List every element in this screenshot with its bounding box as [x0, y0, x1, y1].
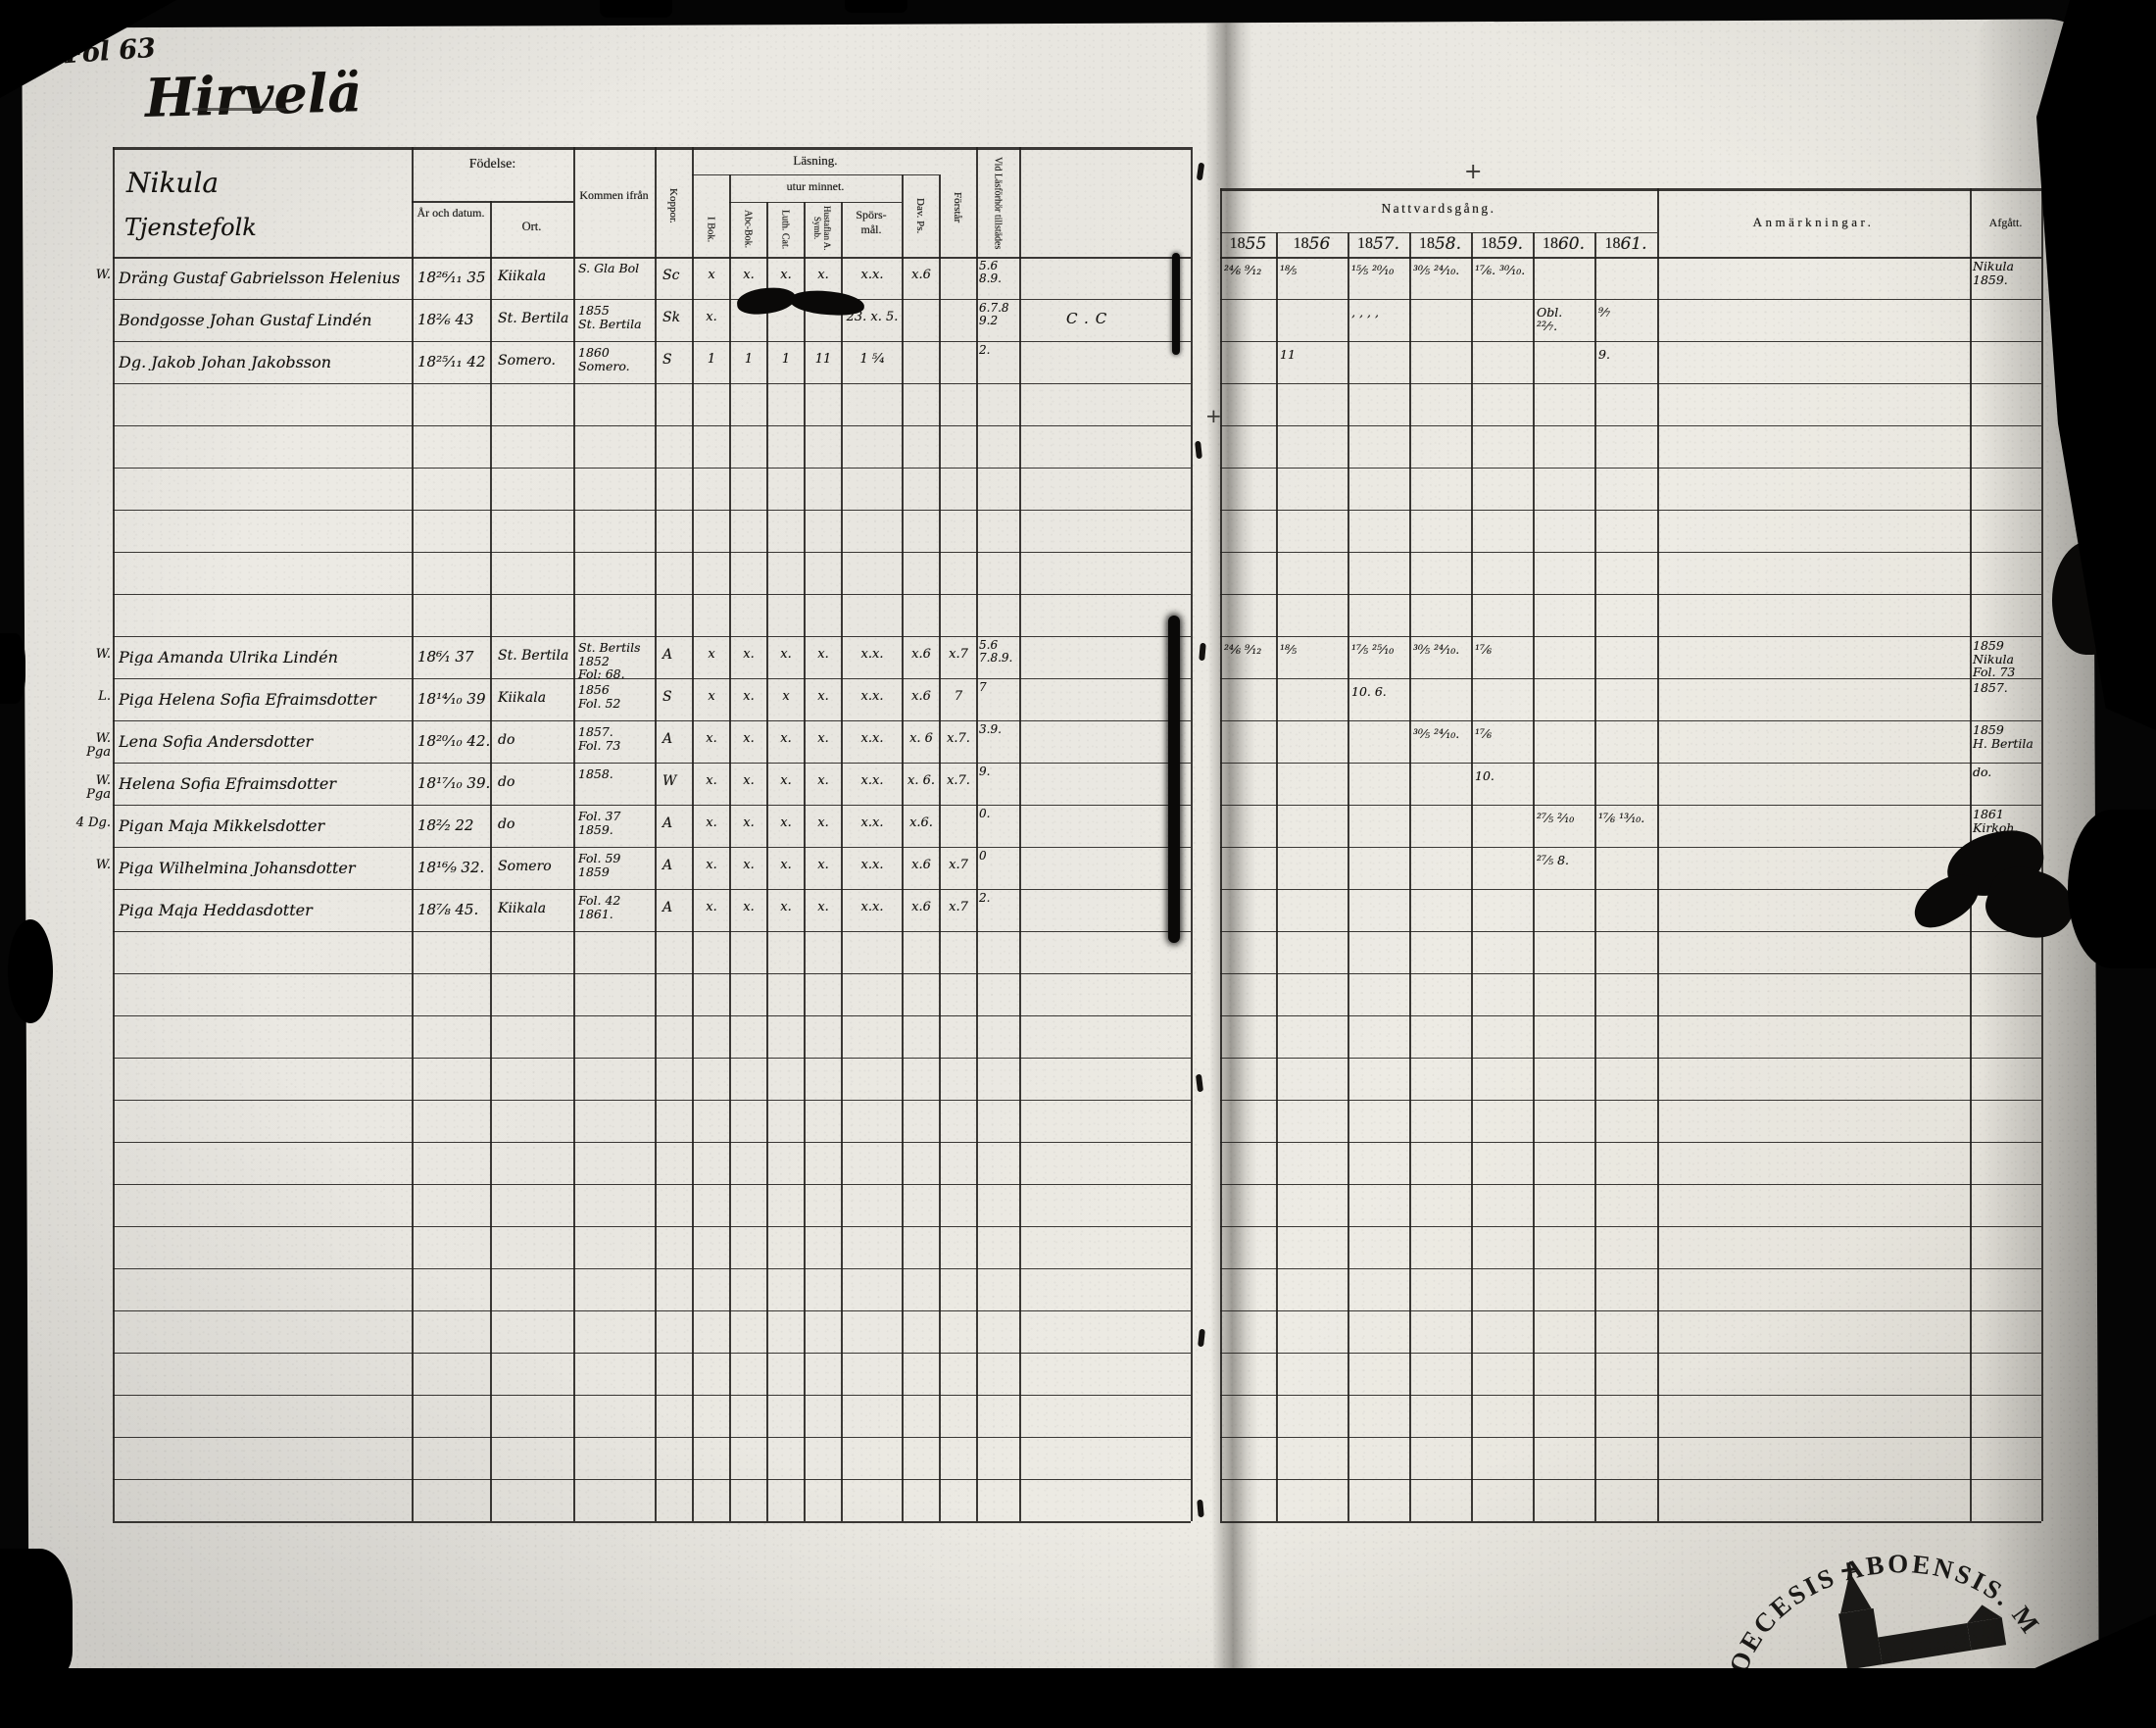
page-title: Hirvelä [144, 64, 363, 126]
table-hline [113, 847, 1191, 848]
hw-cell: W. [73, 859, 111, 872]
hw-cell: x. [696, 311, 727, 324]
hw-cell: 2. [979, 344, 1020, 357]
table-vline [655, 147, 657, 1521]
table-hline [113, 1184, 1191, 1185]
table-hline [113, 1015, 1191, 1016]
photo-edge [845, 0, 907, 13]
hw-cell: do [498, 775, 572, 790]
table-hline [113, 257, 1191, 259]
hw-cell: ¹⁵⁄₅ ²⁰⁄₁₀ [1351, 264, 1407, 277]
hw-cell: Nikula 1859. [1973, 260, 2038, 286]
table-vline [1191, 147, 1193, 1521]
hw-cell: ¹⁷⁄₅ ²⁵⁄₁₀ [1351, 643, 1407, 657]
hw-cell: 0. [979, 808, 1020, 820]
fold-smudge [1172, 253, 1180, 355]
hw-cell: Obl. ²²⁄₇. [1537, 306, 1592, 332]
hw-cell: x. [733, 816, 764, 830]
hw-cell: x. [808, 732, 839, 746]
hw-cell: 7 [979, 681, 1020, 694]
table-hline [113, 425, 1191, 426]
hw-cell: 5.6 7.8.9. [979, 639, 1020, 665]
hw-cell: x.x. [845, 690, 900, 704]
table-hline [729, 202, 902, 203]
title-underline-stroke [192, 108, 286, 111]
scanned-book-photo: Fol 63 Hirvelä Nikula Tjenstefolk Födels… [0, 0, 2156, 1728]
hw-cell: x.7. [943, 774, 974, 788]
table-hline [113, 1268, 1191, 1269]
page-content: Fol 63 Hirvelä Nikula Tjenstefolk Födels… [0, 0, 2156, 1728]
hw-cell: 18¹⁷⁄₁₀ 39. [417, 775, 490, 791]
table-vline [1657, 188, 1659, 1521]
hw-cell: Helena Sofia Efraimsdotter [119, 775, 409, 792]
hw-cell: 18¹⁶⁄₉ 32. [417, 860, 484, 875]
hw-cell: x.6 [906, 269, 937, 282]
table-vline [412, 147, 414, 1521]
hw-cell: 9. [1598, 348, 1655, 362]
year-label-part: 18 [1357, 235, 1373, 253]
hw-cell: ³⁰⁄₅ ²⁴⁄₁₀. [1413, 643, 1469, 657]
photo-edge [2068, 810, 2156, 968]
year-label-part: 59. [1496, 234, 1523, 254]
hw-cell: 1859 Nikula Fol. 73 [1973, 639, 2038, 679]
hw-cell: x.7 [943, 901, 974, 914]
header-hustaflan: Hustaflan A. Symb. [804, 201, 841, 256]
hw-cell: do [498, 733, 572, 748]
photo-edge [0, 633, 25, 704]
hw-cell: Piga Helena Sofia Efraimsdotter [119, 691, 409, 708]
table-hline [1220, 1353, 2041, 1354]
hw-cell: 18⁶⁄₁ 37 [417, 649, 473, 665]
hw-cell: A [662, 901, 672, 915]
table-hline [113, 299, 1191, 300]
header-luth-cat: Luth. Cat. [766, 203, 804, 256]
table-vline [804, 202, 806, 1521]
hw-cell: 2. [979, 892, 1020, 905]
hw-cell: 18²⁄₆ 43 [417, 312, 473, 327]
hw-cell: ¹⁸⁄₅ [1280, 643, 1346, 657]
hw-cell: 0 [979, 850, 1020, 863]
hw-cell: 6.7.8 9.2 [979, 302, 1020, 327]
hw-cell: Somero. [498, 354, 572, 369]
hw-cell: W. [73, 269, 111, 282]
hw-cell: 11 [1280, 348, 1346, 362]
hw-cell: Piga Amanda Ulrika Lindén [119, 649, 409, 666]
hw-cell: 11 [808, 353, 839, 367]
photo-edge [0, 1549, 73, 1676]
hw-cell: St. Bertila [498, 312, 572, 326]
table-vline [573, 147, 575, 1521]
table-hline [1220, 1226, 2041, 1227]
table-hline [1220, 341, 2041, 342]
table-hline [113, 1100, 1191, 1101]
table-hline [412, 201, 573, 203]
table-hline [113, 383, 1191, 384]
table-hline [1220, 931, 2041, 932]
hw-cell: 10. 6. [1351, 685, 1407, 699]
hw-cell: x.6 [906, 648, 937, 662]
table-hline [113, 1521, 1191, 1523]
table-hline [1220, 1100, 2041, 1101]
table-hline [1220, 1184, 2041, 1185]
header-come-from: Kommen ifrån [575, 188, 653, 203]
hw-cell: ⁹⁄₇ [1598, 306, 1655, 320]
hw-cell: x [696, 269, 727, 282]
hw-cell: x [696, 690, 727, 704]
hw-cell: x. [733, 269, 764, 282]
table-hline [1220, 299, 2041, 300]
hw-cell: x.7 [943, 859, 974, 872]
table-hline [1220, 805, 2041, 806]
hw-cell: x. [808, 648, 839, 662]
hw-cell: ‚ ‚ ‚ ‚ [1351, 306, 1407, 320]
hw-cell: do [498, 817, 572, 832]
hw-cell: W. [73, 648, 111, 662]
hw-cell: 9. [979, 765, 1020, 778]
table-vline [490, 201, 492, 1521]
table-hline [1220, 510, 2041, 511]
table-hline [1220, 973, 2041, 974]
hw-cell: ³⁰⁄₅ ²⁴⁄₁₀. [1413, 727, 1469, 741]
header-departed: Afgått. [1970, 216, 2041, 230]
hw-cell: 18²⁄₂ 22 [417, 817, 473, 833]
hw-cell: x. [808, 774, 839, 788]
photo-edge [0, 1668, 2156, 1728]
table-hline [113, 1353, 1191, 1354]
hw-cell: A [662, 648, 672, 663]
hw-cell: 4 Dg. [73, 816, 111, 830]
header-dav-ps: Dav. Ps. [902, 176, 939, 255]
hw-cell: x. 6. [906, 774, 937, 788]
hw-cell: Somero [498, 860, 572, 874]
hw-cell: x.6 [906, 690, 937, 704]
right-table: Nattvardsgång. Anmärkningar. Afgått. 185… [1220, 188, 2041, 1521]
table-hline [113, 341, 1191, 342]
hw-cell: x. [770, 648, 802, 662]
year-label-part: 18 [1419, 235, 1435, 253]
year-label-part: 18 [1543, 235, 1558, 253]
year-label: 1857. [1347, 233, 1409, 255]
header-by-memory: utur minnet. [729, 179, 902, 194]
hw-cell: Sc [662, 269, 679, 283]
hw-cell: Fol. 59 1859 [578, 852, 653, 878]
hw-cell: x.x. [845, 732, 900, 746]
hw-cell: L. [73, 690, 111, 704]
year-label-part: 57. [1373, 234, 1399, 254]
table-hline [1220, 847, 2041, 848]
hw-cell: do. [1973, 765, 2038, 779]
table-hline [1220, 1521, 2041, 1523]
cross-mark: + [1464, 161, 1482, 184]
table-hline [1220, 1310, 2041, 1311]
hw-cell: S. Gla Bol [578, 262, 653, 275]
hw-cell: 1 [696, 353, 727, 367]
hw-cell: x. [733, 901, 764, 914]
hw-cell: St. Bertils 1852 Fol: 68. [578, 641, 653, 681]
table-hline [1220, 678, 2041, 679]
table-vline [1220, 188, 1222, 1521]
hw-cell: 18²⁶⁄₁₁ 35 [417, 270, 486, 285]
hw-cell: x. [770, 774, 802, 788]
hw-cell: 18⁷⁄₈ 45. [417, 902, 478, 917]
year-label-part: 56 [1309, 234, 1331, 254]
header-reading: Läsning. [692, 153, 939, 169]
year-label: 1861. [1594, 233, 1657, 255]
table-hline [113, 973, 1191, 974]
table-hline [1220, 257, 2041, 259]
table-vline [841, 202, 843, 1521]
hw-cell: S [662, 690, 672, 705]
photo-edge [600, 0, 672, 18]
hw-cell: 7 [943, 690, 974, 704]
hw-cell: ¹⁷⁄₆ ¹³⁄₁₀. [1598, 812, 1655, 825]
hw-cell: C.C [1066, 311, 1113, 326]
group-subtitle: Tjenstefolk [124, 216, 257, 241]
hw-cell: W. Pga [73, 732, 111, 760]
year-label: 1856 [1276, 233, 1347, 255]
hw-cell: ¹⁸⁄₅ [1280, 264, 1346, 277]
hw-cell: x.6 [906, 859, 937, 872]
hw-cell: 1 [733, 353, 764, 367]
hw-cell: x. [808, 690, 839, 704]
hw-cell: ¹⁷⁄₆. ³⁰⁄₁₀. [1475, 264, 1531, 277]
hw-cell: x. [733, 648, 764, 662]
year-label-part: 18 [1604, 235, 1620, 253]
hw-cell: S [662, 353, 672, 368]
hw-cell: x. [696, 901, 727, 914]
hw-cell: x.x. [845, 859, 900, 872]
table-hline [1220, 1395, 2041, 1396]
hw-cell: 1 [770, 353, 802, 367]
hw-cell: ¹⁷⁄₆ [1475, 643, 1531, 657]
hw-cell: 1859 H. Bertila [1973, 723, 2038, 750]
table-hline [1220, 468, 2041, 469]
hw-cell: 18¹⁴⁄₁₀ 39 [417, 691, 486, 707]
table-hline [113, 552, 1191, 553]
table-hline [1220, 720, 2041, 721]
fold-smudge [1168, 616, 1180, 943]
table-hline [1220, 763, 2041, 764]
year-label-part: 60. [1558, 234, 1585, 254]
hw-cell: x [696, 648, 727, 662]
hw-cell: Sk [662, 311, 680, 325]
hw-cell: ³⁰⁄₅ ²⁴⁄₁₀. [1413, 264, 1469, 277]
table-hline [113, 510, 1191, 511]
hw-cell: 1855 St. Bertila [578, 304, 653, 330]
hw-cell: x [770, 690, 802, 704]
hw-cell: x.7 [943, 648, 974, 662]
table-hline [113, 889, 1191, 890]
hw-cell: Bondgosse Johan Gustaf Lindén [119, 312, 409, 328]
header-birth: Födelse: [412, 157, 573, 173]
header-in-book: I Bok. [692, 204, 729, 255]
table-hline [1220, 1058, 2041, 1059]
table-hline [1220, 1479, 2041, 1480]
hw-cell: x. [696, 816, 727, 830]
table-hline [1220, 594, 2041, 595]
hw-cell: x. [733, 774, 764, 788]
hw-cell: W [662, 774, 676, 789]
table-vline [692, 147, 694, 1521]
table-hline [1220, 383, 2041, 384]
hw-cell: Fol. 37 1859. [578, 810, 653, 836]
hw-cell: 3.9. [979, 723, 1020, 736]
header-remarks: Anmärkningar. [1657, 215, 1970, 230]
hw-cell: Piga Wilhelmina Johansdotter [119, 860, 409, 876]
hw-cell: 1860 Somero. [578, 346, 653, 372]
hw-cell: 1856 Fol. 52 [578, 683, 653, 710]
hw-cell: x. [808, 816, 839, 830]
year-label: 1859. [1471, 233, 1533, 255]
table-hline [113, 805, 1191, 806]
table-hline [1220, 889, 2041, 890]
hw-cell: Lena Sofia Andersdotter [119, 733, 409, 750]
hw-cell: A [662, 859, 672, 873]
table-hline [113, 147, 1191, 150]
header-communion: Nattvardsgång. [1220, 201, 1657, 217]
hw-cell: x. [696, 859, 727, 872]
header-birth-year: År och datum. [414, 206, 488, 221]
table-vline [976, 147, 978, 1521]
table-vline [113, 147, 115, 1521]
hw-cell: x. [770, 816, 802, 830]
hw-cell: x. [808, 269, 839, 282]
hw-cell: St. Bertila [498, 649, 572, 664]
table-hline [113, 1226, 1191, 1227]
hw-cell: x. [808, 901, 839, 914]
table-hline [113, 763, 1191, 764]
year-label-part: 18 [1230, 235, 1246, 253]
table-hline [113, 1058, 1191, 1059]
table-hline [1220, 425, 2041, 426]
hw-cell: x.7. [943, 732, 974, 746]
year-label-part: 18 [1481, 235, 1496, 253]
table-hline [1220, 636, 2041, 637]
hw-cell: x.x. [845, 774, 900, 788]
table-hline [113, 594, 1191, 595]
table-hline [1220, 1437, 2041, 1438]
hw-cell: W. Pga [73, 774, 111, 802]
hw-cell: Dg. Jakob Johan Jakobsson [119, 354, 409, 370]
table-hline [113, 636, 1191, 637]
hw-cell: 5.6 8.9. [979, 260, 1020, 285]
hw-cell: x. 6 [906, 732, 937, 746]
hw-cell: 1 ⁵⁄₄ [845, 353, 900, 367]
table-hline [113, 1142, 1191, 1143]
hw-cell: ²⁷⁄₅ ²⁄₁₀ [1537, 812, 1592, 825]
hw-cell: x.x. [845, 901, 900, 914]
table-hline [1220, 1015, 2041, 1016]
hw-cell: x. [770, 269, 802, 282]
hw-cell: x. [808, 859, 839, 872]
hw-cell: x. [770, 732, 802, 746]
hw-cell: Pigan Maja Mikkelsdotter [119, 817, 409, 834]
hw-cell: x. [733, 732, 764, 746]
header-birth-place: Ort. [490, 220, 573, 234]
table-hline [1220, 1268, 2041, 1269]
hw-cell: 1858. [578, 767, 653, 781]
year-label-part: 55 [1246, 234, 1267, 254]
table-hline [113, 1437, 1191, 1438]
table-hline [113, 1395, 1191, 1396]
table-hline [1220, 188, 2041, 191]
table-hline [113, 1310, 1191, 1311]
hw-cell: Kiikala [498, 270, 572, 284]
group-title: Nikula [126, 169, 219, 198]
year-label-part: 61. [1620, 234, 1646, 254]
hw-cell: Fol. 42 1861. [578, 894, 653, 920]
header-questions: Spörs-mål. [846, 208, 897, 237]
table-hline [113, 931, 1191, 932]
header-smallpox: Koppor. [655, 159, 692, 253]
year-label: 1855 [1220, 233, 1276, 255]
year-label: 1858. [1409, 233, 1471, 255]
header-abc-book: Abc-Bok. [729, 203, 766, 256]
table-hline [113, 720, 1191, 721]
photo-edge [8, 919, 53, 1023]
hw-cell: x. [733, 859, 764, 872]
hw-cell: 1857. [1973, 681, 2038, 695]
hw-cell: x. [770, 901, 802, 914]
hw-cell: 1857. Fol. 73 [578, 725, 653, 752]
hw-cell: Kiikala [498, 691, 572, 706]
table-hline [692, 174, 939, 175]
hw-cell: Kiikala [498, 902, 572, 916]
cross-mark: + [1205, 406, 1222, 427]
hw-cell: Piga Maja Heddasdotter [119, 902, 409, 918]
hw-cell: 18²⁰⁄₁₀ 42. [417, 733, 490, 749]
hw-cell: 10. [1475, 769, 1531, 783]
hw-cell: x.6. [906, 816, 937, 830]
hw-cell: x. [733, 690, 764, 704]
hw-cell: A [662, 732, 672, 747]
hw-cell: ²⁴⁄₆ ⁹⁄₁₂ [1224, 264, 1274, 277]
header-understands: Förstår [939, 161, 976, 254]
header-exam-present: Vid Läsförhör tillstädes [976, 152, 1019, 254]
hw-cell: Dräng Gustaf Gabrielsson Helenius [119, 270, 409, 286]
year-label-part: 18 [1294, 235, 1309, 253]
hw-cell: x.x. [845, 269, 900, 282]
hw-cell: x. [696, 774, 727, 788]
hw-cell: A [662, 816, 672, 831]
hw-cell: x. [696, 732, 727, 746]
hw-cell: 18²⁵⁄₁₁ 42 [417, 354, 486, 370]
table-hline [1220, 552, 2041, 553]
table-hline [113, 1479, 1191, 1480]
year-label: 1860. [1533, 233, 1594, 255]
hw-cell: x.6 [906, 901, 937, 914]
table-vline [766, 202, 768, 1521]
hw-cell: ²⁷⁄₅ 8. [1537, 854, 1592, 867]
table-hline [113, 468, 1191, 469]
hw-cell: ¹⁷⁄₆ [1475, 727, 1531, 741]
hw-cell: x.x. [845, 816, 900, 830]
hw-cell: x.x. [845, 648, 900, 662]
year-label-part: 58. [1435, 234, 1461, 254]
hw-cell: x. [770, 859, 802, 872]
hw-cell: ²⁴⁄₆ ⁹⁄₁₂ [1224, 643, 1274, 657]
table-hline [1220, 1142, 2041, 1143]
